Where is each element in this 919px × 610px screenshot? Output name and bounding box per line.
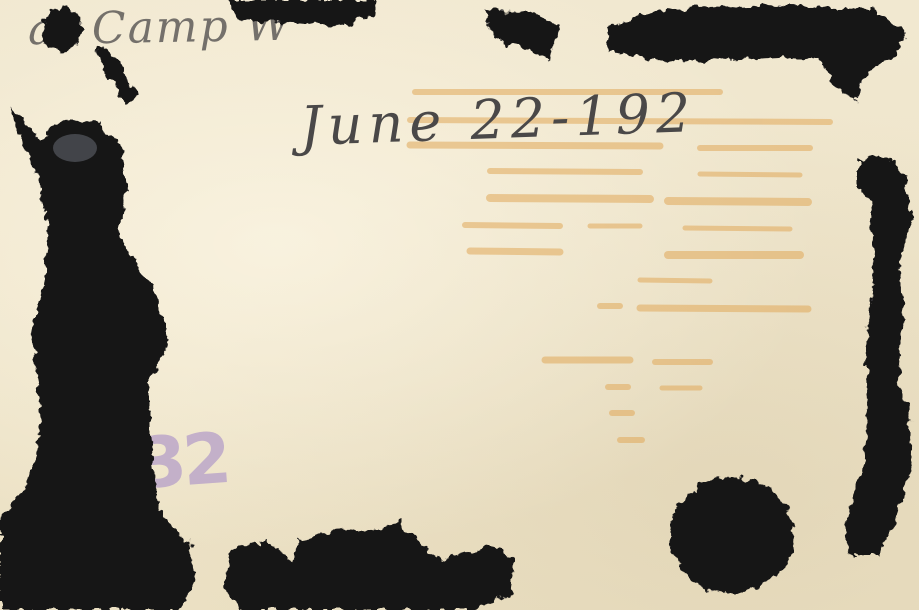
photo-back: at Camp W June 22-192 32: [0, 0, 919, 610]
ink-blotches: [0, 0, 919, 610]
